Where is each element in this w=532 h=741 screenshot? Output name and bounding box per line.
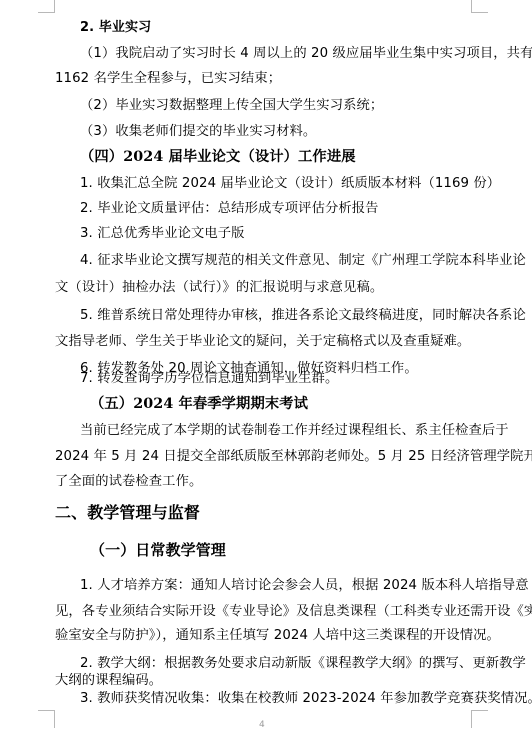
list-item-line: 验室安全与防护》），通知系主任填写 2024 人培中这三类课程的开设情况。 bbox=[55, 627, 500, 645]
corner-mark-top-right-v bbox=[471, 0, 472, 13]
corner-mark-top-left-h bbox=[38, 12, 55, 13]
list-item-line: 3. 汇总优秀毕业论文电子版 bbox=[80, 225, 245, 243]
corner-mark-top-left-v bbox=[54, 0, 55, 13]
paragraph-line: （1）我院启动了实习时长 4 周以上的 20 级应届毕业生集中实习项目，共有 bbox=[80, 45, 532, 63]
list-item-line: 1. 人才培养方案：通知人培讨论会参会人员，根据 2024 版本科人培指导意 bbox=[80, 577, 529, 595]
list-item-line: 3. 教师获奖情况收集：收集在校教师 2023-2024 年参加教学竞赛获奖情况… bbox=[80, 690, 532, 708]
corner-mark-bottom-left-h bbox=[38, 710, 55, 711]
paragraph-line: 2024 年 5 月 24 日提交全部纸质版至林郭韵老师处。5 月 25 日经济… bbox=[55, 448, 532, 466]
list-item-line: 5. 维普系统日常处理待办审核，推进各系论文最终稿进度，同时解决各系论 bbox=[80, 307, 526, 325]
heading-final-exam: （五）2024 年春季学期期末考试 bbox=[90, 395, 308, 413]
list-item-line: 4. 征求毕业论文撰写规范的相关文件意见、制定《广州理工学院本科毕业论 bbox=[80, 252, 526, 270]
list-item-line: 2. 教学大纲：根据教务处要求启动新版《课程教学大纲》的撰写、更新教学 bbox=[80, 655, 526, 673]
paragraph-line: 当前已经完成了本学期的试卷制卷工作并经过课程组长、系主任检查后于 bbox=[80, 422, 509, 440]
heading-daily-teaching-management: （一）日常教学管理 bbox=[90, 540, 226, 560]
corner-mark-top-right-h bbox=[471, 12, 488, 13]
subheading-graduation-internship: 2. 毕业实习 bbox=[80, 19, 151, 37]
section-heading-teaching-management: 二、教学管理与监督 bbox=[55, 503, 200, 523]
list-item-line: 7. 转发查询学历学位信息通知到毕业生群。 bbox=[80, 370, 338, 388]
document-page: 2. 毕业实习 （1）我院启动了实习时长 4 周以上的 20 级应届毕业生集中实… bbox=[0, 0, 532, 741]
heading-thesis-progress: （四）2024 届毕业论文（设计）工作进展 bbox=[80, 148, 356, 166]
list-item-line: 2. 毕业论文质量评估：总结形成专项评估分析报告 bbox=[80, 200, 379, 218]
paragraph-line: 了全面的试卷检查工作。 bbox=[55, 473, 202, 491]
corner-mark-bottom-left-v bbox=[54, 710, 55, 728]
paragraph-line: 1162 名学生全程参与，已实习结束； bbox=[55, 70, 281, 88]
page-number: 4 bbox=[259, 720, 265, 730]
list-item-line: 大纲的课程编码。 bbox=[55, 672, 162, 690]
corner-mark-bottom-right-v bbox=[471, 710, 472, 728]
paragraph-line: （2）毕业实习数据整理上传全国大学生实习系统； bbox=[80, 97, 383, 115]
paragraph-line: （3）收集老师们提交的毕业实习材料。 bbox=[80, 123, 316, 141]
list-item-line: 见，各专业须结合实际开设《专业导论》及信息类课程（工科类专业还需开设《实 bbox=[55, 603, 532, 621]
list-item-line: 文指导老师、学生关于毕业论文的疑问，关于定稿格式以及查重疑难。 bbox=[55, 333, 470, 351]
list-item-line: 文（设计）抽检办法（试行）》的汇报说明与求意见稿。 bbox=[55, 279, 383, 297]
corner-mark-bottom-right-h bbox=[471, 710, 488, 711]
list-item-line: 1. 收集汇总全院 2024 届毕业论文（设计）纸质版本材料（1169 份） bbox=[80, 175, 500, 193]
